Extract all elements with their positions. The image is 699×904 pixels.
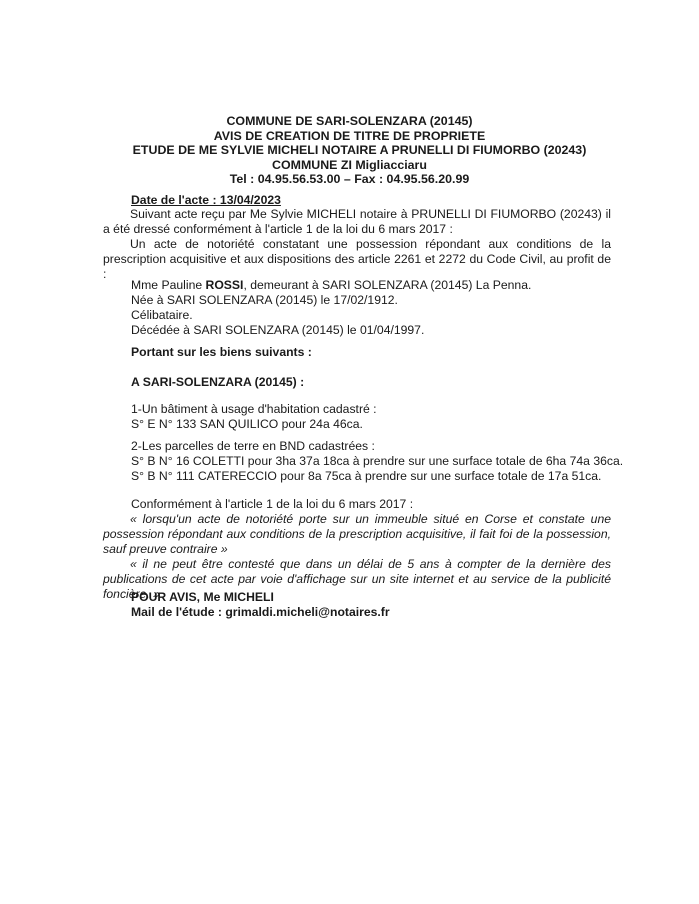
office-email-line: Mail de l'étude : grimaldi.micheli@notai… xyxy=(131,605,390,620)
property-location-title: A SARI-SOLENZARA (20145) : xyxy=(131,375,304,390)
act-paragraph-1: Suivant acte reçu par Me Sylvie MICHELI … xyxy=(103,207,611,237)
signature-block: POUR AVIS, Me MICHELI Mail de l'étude : … xyxy=(131,590,390,620)
beneficiary-name-line: Mme Pauline ROSSI, demeurant à SARI SOLE… xyxy=(131,278,531,293)
beneficiary-block: Mme Pauline ROSSI, demeurant à SARI SOLE… xyxy=(131,278,531,338)
property-section-title: Portant sur les biens suivants : xyxy=(131,345,312,360)
document-header: COMMUNE DE SARI-SOLENZARA (20145) AVIS D… xyxy=(0,114,699,187)
beneficiary-birth: Née à SARI SOLENZARA (20145) le 17/02/19… xyxy=(131,293,531,308)
office-email-label: Mail de l'étude : xyxy=(131,605,225,619)
act-paragraph-2: Un acte de notoriété constatant une poss… xyxy=(103,237,611,282)
beneficiary-prefix: Mme Pauline xyxy=(131,278,206,292)
property-item-line: S° E N° 133 SAN QUILICO pour 24a 46ca. xyxy=(131,417,377,432)
act-date: Date de l'acte : 13/04/2023 xyxy=(131,193,281,208)
document-page: COMMUNE DE SARI-SOLENZARA (20145) AVIS D… xyxy=(0,0,699,904)
property-item-2: 2-Les parcelles de terre en BND cadastré… xyxy=(131,439,623,484)
header-office-location: COMMUNE ZI Migliacciaru xyxy=(0,158,699,173)
office-email: grimaldi.micheli@notaires.fr xyxy=(225,605,389,619)
header-commune: COMMUNE DE SARI-SOLENZARA (20145) xyxy=(0,114,699,129)
header-notice-title: AVIS DE CREATION DE TITRE DE PROPRIETE xyxy=(0,129,699,144)
property-item-1: 1-Un bâtiment à usage d'habitation cadas… xyxy=(131,402,377,432)
beneficiary-status: Célibataire. xyxy=(131,308,531,323)
legal-quote-1: « lorsqu'un acte de notoriété porte sur … xyxy=(103,512,611,557)
property-item-line: S° B N° 111 CATERECCIO pour 8a 75ca à pr… xyxy=(131,469,623,484)
signature-line: POUR AVIS, Me MICHELI xyxy=(131,590,390,605)
beneficiary-death: Décédée à SARI SOLENZARA (20145) le 01/0… xyxy=(131,323,531,338)
property-item-line: S° B N° 16 COLETTI pour 3ha 37a 18ca à p… xyxy=(131,454,623,469)
beneficiary-surname: ROSSI xyxy=(206,278,244,292)
legal-intro: Conformément à l'article 1 de la loi du … xyxy=(131,497,413,512)
property-item-heading: 2-Les parcelles de terre en BND cadastré… xyxy=(131,439,623,454)
header-contact: Tel : 04.95.56.53.00 – Fax : 04.95.56.20… xyxy=(0,172,699,187)
property-item-heading: 1-Un bâtiment à usage d'habitation cadas… xyxy=(131,402,377,417)
header-notary-office: ETUDE DE ME SYLVIE MICHELI NOTAIRE A PRU… xyxy=(20,143,699,158)
beneficiary-residence: , demeurant à SARI SOLENZARA (20145) La … xyxy=(243,278,531,292)
